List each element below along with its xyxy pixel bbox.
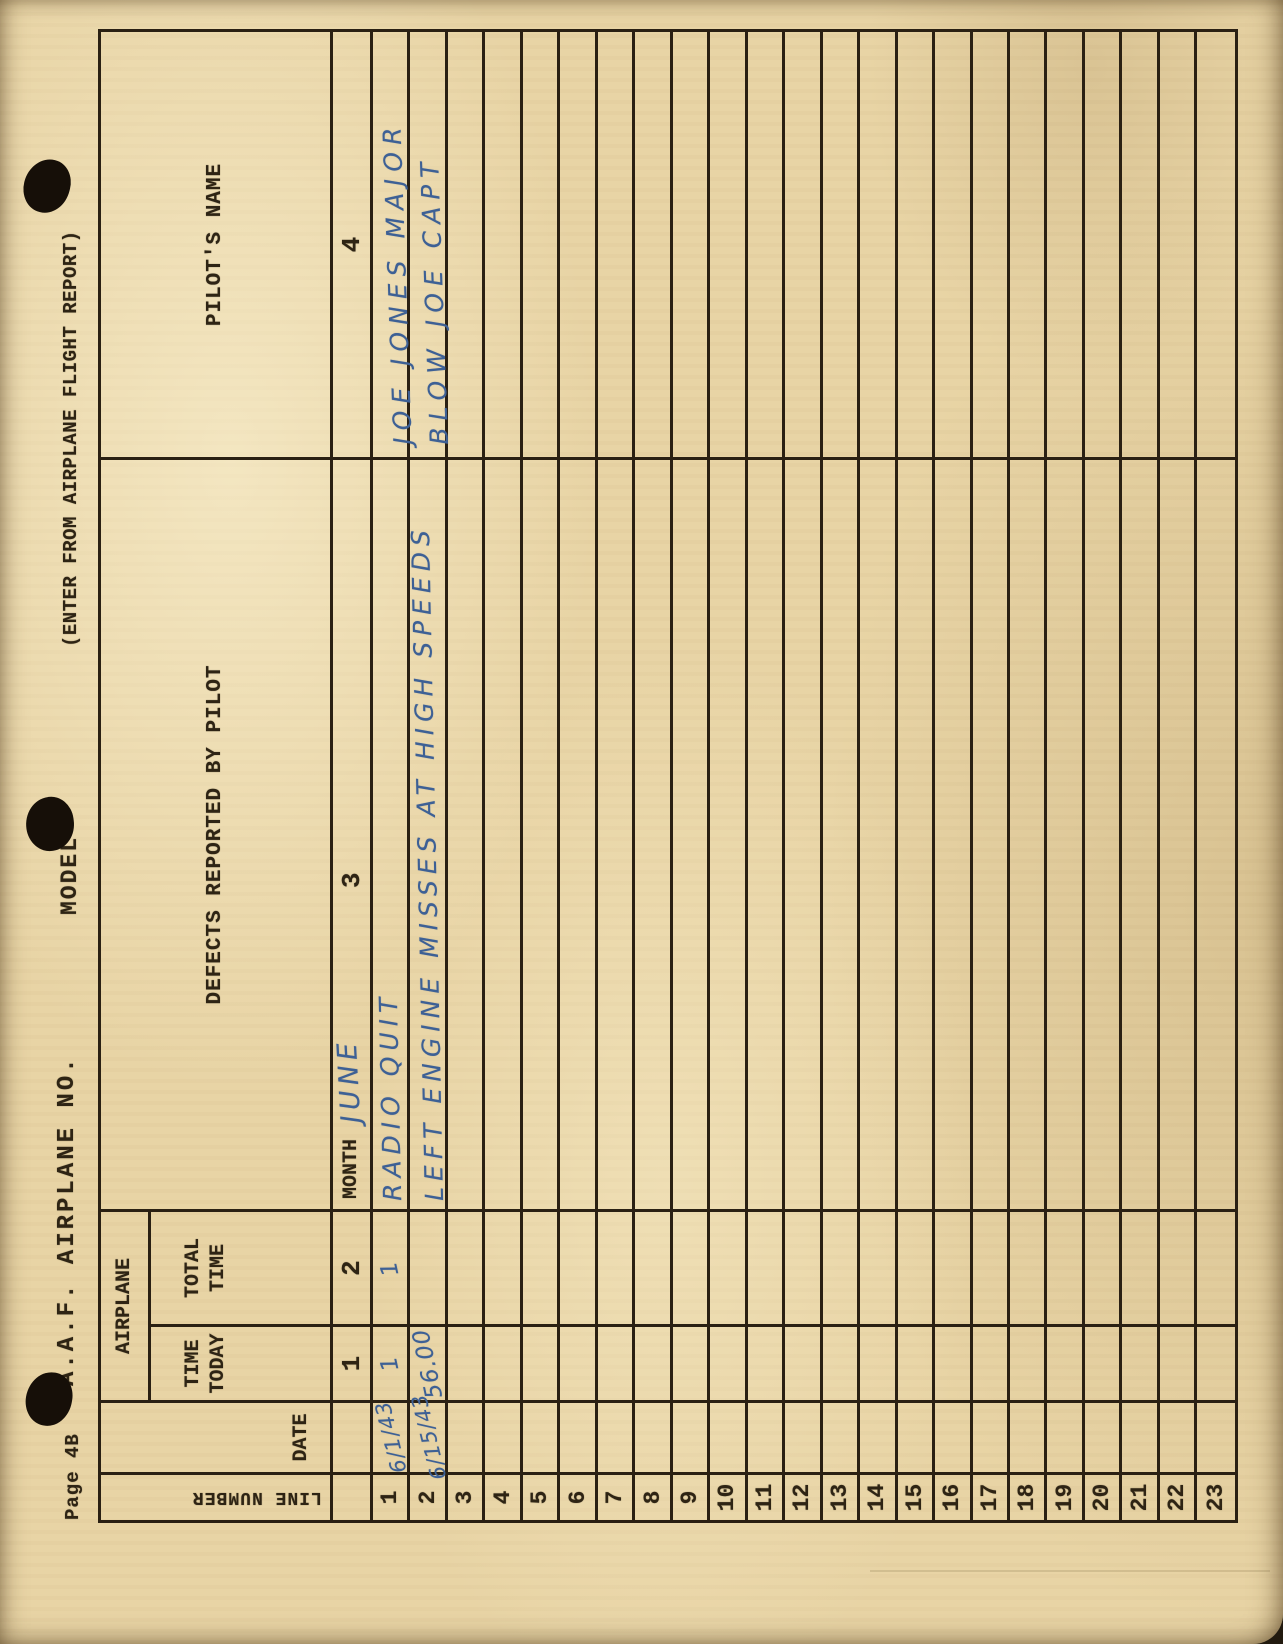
cell-line-number: 5 xyxy=(523,1472,560,1520)
cell-total-time xyxy=(748,1209,785,1324)
cell-total-time xyxy=(523,1209,560,1324)
column-number-3: 3 xyxy=(337,872,367,888)
aaf-form-41b: Page 4B A.A.F. AIRPLANE NO. MODEL (ENTER… xyxy=(0,0,1283,1644)
cell-date xyxy=(1122,1400,1159,1472)
cell-line-number: 15 xyxy=(898,1472,935,1520)
airplane-group-label-cell: AIRPLANE xyxy=(101,1212,151,1400)
cell-pilot xyxy=(973,32,1010,457)
cell-line-number: 3 xyxy=(448,1472,485,1520)
cell-pilot xyxy=(485,32,522,457)
cell-date xyxy=(1085,1400,1122,1472)
cell-total-time: 1 xyxy=(373,1209,410,1324)
cell-time-today xyxy=(973,1324,1010,1400)
cell-pilot xyxy=(635,32,672,457)
cell-date xyxy=(1047,1400,1084,1472)
cell-line-number-value: 12 xyxy=(789,1484,815,1512)
cell-defects-value: LEFT ENGINE MISSES AT HIGH SPEEDS xyxy=(406,524,449,1201)
cell-line-number-value: 21 xyxy=(1127,1484,1153,1512)
cell-line-number-value: 6 xyxy=(565,1491,591,1505)
cell-defects xyxy=(823,457,860,1209)
column-number-2: 2 xyxy=(337,1260,367,1276)
cell-pilot: JOE JONES MAJOR xyxy=(373,32,410,457)
cell-total-time xyxy=(560,1209,597,1324)
cell-pilot xyxy=(673,32,710,457)
cell-line-number-value: 22 xyxy=(1164,1484,1190,1512)
airplane-group-label: AIRPLANE xyxy=(112,1258,137,1354)
cell-date xyxy=(1197,1400,1234,1472)
cell-defects xyxy=(523,457,560,1209)
cell-defects-value: RADIO QUIT xyxy=(374,991,407,1201)
cell-date: 6/1/43 xyxy=(373,1400,410,1472)
cell-date xyxy=(673,1400,710,1472)
cell-total-time xyxy=(673,1209,710,1324)
cell-total-time xyxy=(1010,1209,1047,1324)
cell-line-number: 18 xyxy=(1010,1472,1047,1520)
cell-date xyxy=(635,1400,672,1472)
cell-line-number: 23 xyxy=(1197,1472,1234,1520)
cell-time-today: 1 xyxy=(373,1324,410,1400)
cell-total-time xyxy=(598,1209,635,1324)
cell-line-number: 11 xyxy=(748,1472,785,1520)
cell-defects xyxy=(448,457,485,1209)
cell-pilot xyxy=(748,32,785,457)
cell-defects xyxy=(1010,457,1047,1209)
cell-defects: LEFT ENGINE MISSES AT HIGH SPEEDS xyxy=(410,457,447,1209)
cell-date xyxy=(935,1400,972,1472)
cell-pilot: BLOW JOE CAPT xyxy=(410,32,447,457)
cell-date xyxy=(598,1400,635,1472)
cell-line-number-value: 23 xyxy=(1203,1484,1229,1512)
cell-date xyxy=(860,1400,897,1472)
cell-time-today xyxy=(1085,1324,1122,1400)
cell-time-today xyxy=(1047,1324,1084,1400)
cell-defects xyxy=(1160,457,1197,1209)
cell-total-time xyxy=(1197,1209,1234,1324)
cell-date-value: 6/15/43 xyxy=(406,1392,451,1483)
cell-line-number-value: 2 xyxy=(415,1491,441,1505)
header-cell-line-number: LINE NUMBER xyxy=(101,1472,333,1520)
cell-date-value: 6/1/43 xyxy=(371,1399,412,1476)
cell-defects xyxy=(710,457,747,1209)
cell-pilot xyxy=(1047,32,1084,457)
column-number-4: 4 xyxy=(337,237,367,253)
cell-pilot xyxy=(823,32,860,457)
scanned-flight-report-page: Page 4B A.A.F. AIRPLANE NO. MODEL (ENTER… xyxy=(0,0,1283,1644)
line-number-header-label: LINE NUMBER xyxy=(192,1488,322,1508)
cell-time-today xyxy=(860,1324,897,1400)
cell-defects xyxy=(973,457,1010,1209)
cell-pilot xyxy=(1010,32,1047,457)
cell-defects xyxy=(635,457,672,1209)
cell-pilot xyxy=(448,32,485,457)
hole-punch xyxy=(18,154,76,218)
airplane-subcolumns: TIME TODAY TOTAL TIME xyxy=(151,1212,330,1400)
cell-line-number: 7 xyxy=(598,1472,635,1520)
cell-pilot xyxy=(1160,32,1197,457)
cell-pilot xyxy=(1122,32,1159,457)
cell-time-today xyxy=(1122,1324,1159,1400)
cell-line-number: 16 xyxy=(935,1472,972,1520)
cell-date xyxy=(1010,1400,1047,1472)
cell-time-today xyxy=(898,1324,935,1400)
cell-line-number: 6 xyxy=(560,1472,597,1520)
cell-defects xyxy=(748,457,785,1209)
time-today-header-label: TIME TODAY xyxy=(182,1334,230,1394)
cell-defects xyxy=(1197,457,1234,1209)
cell-line-number-value: 1 xyxy=(377,1491,403,1505)
cell-total-time xyxy=(1085,1209,1122,1324)
cell-total-time xyxy=(635,1209,672,1324)
defects-header-label: DEFECTS REPORTED BY PILOT xyxy=(204,664,227,1004)
header-cell-pilot-name: PILOT'S NAME xyxy=(101,32,333,457)
header-cell-time-today: TIME TODAY xyxy=(151,1324,330,1400)
cell-pilot xyxy=(710,32,747,457)
cell-date xyxy=(898,1400,935,1472)
cell-total-time xyxy=(710,1209,747,1324)
cell-time-today xyxy=(935,1324,972,1400)
cell-line-number: 9 xyxy=(673,1472,710,1520)
number-row-cell-line xyxy=(333,1472,373,1520)
header-cell-airplane-group: AIRPLANE TIME TODAY TOTAL TIME xyxy=(101,1209,333,1400)
cell-pilot xyxy=(560,32,597,457)
cell-line-number-value: 15 xyxy=(902,1484,928,1512)
cell-line-number: 14 xyxy=(860,1472,897,1520)
cell-pilot xyxy=(598,32,635,457)
cell-time-today xyxy=(748,1324,785,1400)
cell-line-number: 17 xyxy=(973,1472,1010,1520)
cell-total-time xyxy=(485,1209,522,1324)
header-cell-date: DATE xyxy=(101,1400,333,1472)
cell-total-time xyxy=(898,1209,935,1324)
cell-date xyxy=(560,1400,597,1472)
cell-time-today xyxy=(1160,1324,1197,1400)
cell-time-today xyxy=(523,1324,560,1400)
cell-time-today xyxy=(823,1324,860,1400)
cell-line-number-value: 18 xyxy=(1014,1484,1040,1512)
cell-line-number: 1 xyxy=(373,1472,410,1520)
cell-defects xyxy=(860,457,897,1209)
cell-total-time xyxy=(1122,1209,1159,1324)
cell-pilot xyxy=(898,32,935,457)
cell-defects xyxy=(598,457,635,1209)
cell-total-time xyxy=(1047,1209,1084,1324)
cell-total-time xyxy=(935,1209,972,1324)
month-label: MONTH xyxy=(340,1139,363,1199)
flight-report-note: (ENTER FROM AIRPLANE FLIGHT REPORT) xyxy=(60,230,82,647)
cell-line-number-value: 14 xyxy=(864,1484,890,1512)
cell-line-number-value: 13 xyxy=(827,1484,853,1512)
cell-date xyxy=(823,1400,860,1472)
cell-time-today xyxy=(560,1324,597,1400)
cell-date xyxy=(448,1400,485,1472)
cell-defects xyxy=(1047,457,1084,1209)
column-number-pilot: 4 xyxy=(333,32,373,457)
cell-date xyxy=(785,1400,822,1472)
cell-time-today xyxy=(673,1324,710,1400)
page-number-label: Page 4B xyxy=(62,1433,84,1520)
cell-pilot xyxy=(523,32,560,457)
cell-line-number-value: 11 xyxy=(752,1484,778,1512)
date-header-label: DATE xyxy=(289,1414,314,1462)
cell-defects xyxy=(785,457,822,1209)
cell-line-number: 4 xyxy=(485,1472,522,1520)
total-time-header-label: TOTAL TIME xyxy=(182,1238,230,1298)
cell-line-number: 10 xyxy=(710,1472,747,1520)
cell-line-number: 21 xyxy=(1122,1472,1159,1520)
cell-date xyxy=(485,1400,522,1472)
cell-total-time-value: 1 xyxy=(376,1258,405,1279)
column-number-time-today: 1 xyxy=(333,1324,373,1400)
cell-date xyxy=(973,1400,1010,1472)
cell-time-today xyxy=(785,1324,822,1400)
airplane-no-label: A.A.F. AIRPLANE NO. xyxy=(54,1055,81,1386)
header-cell-defects: DEFECTS REPORTED BY PILOT xyxy=(101,457,333,1209)
cell-total-time xyxy=(823,1209,860,1324)
cell-line-number-value: 17 xyxy=(977,1484,1003,1512)
cell-time-today-value: 1 xyxy=(376,1353,405,1374)
cell-line-number-value: 20 xyxy=(1089,1484,1115,1512)
cell-time-today xyxy=(598,1324,635,1400)
cell-defects xyxy=(673,457,710,1209)
cell-line-number-value: 8 xyxy=(640,1491,666,1505)
column-number-1: 1 xyxy=(337,1356,367,1372)
cell-total-time xyxy=(785,1209,822,1324)
cell-time-today: 56.00 xyxy=(410,1324,447,1400)
cell-defects xyxy=(898,457,935,1209)
cell-time-today xyxy=(710,1324,747,1400)
cell-line-number-value: 16 xyxy=(939,1484,965,1512)
cell-line-number-value: 19 xyxy=(1052,1484,1078,1512)
cell-line-number-value: 7 xyxy=(602,1491,628,1505)
cell-line-number: 20 xyxy=(1085,1472,1122,1520)
cell-time-today xyxy=(635,1324,672,1400)
pilot-name-header-label: PILOT'S NAME xyxy=(204,163,227,326)
cell-total-time xyxy=(860,1209,897,1324)
cell-line-number-value: 4 xyxy=(490,1491,516,1505)
cell-time-today-value: 56.00 xyxy=(408,1326,448,1401)
number-row-cell-date xyxy=(333,1400,373,1472)
cell-pilot xyxy=(860,32,897,457)
cell-date: 6/15/43 xyxy=(410,1400,447,1472)
month-value-handwritten: JUNE xyxy=(332,1037,367,1123)
cell-time-today xyxy=(448,1324,485,1400)
cell-line-number-value: 3 xyxy=(452,1491,478,1505)
cell-total-time xyxy=(410,1209,447,1324)
cell-line-number: 12 xyxy=(785,1472,822,1520)
cell-total-time xyxy=(448,1209,485,1324)
cell-total-time xyxy=(973,1209,1010,1324)
cell-pilot xyxy=(785,32,822,457)
cell-time-today xyxy=(1197,1324,1234,1400)
column-number-total-time: 2 xyxy=(333,1209,373,1324)
cell-defects xyxy=(1122,457,1159,1209)
cell-time-today xyxy=(1010,1324,1047,1400)
cell-defects xyxy=(485,457,522,1209)
cell-date xyxy=(1160,1400,1197,1472)
cell-total-time xyxy=(1160,1209,1197,1324)
cell-defects xyxy=(935,457,972,1209)
header-cell-total-time: TOTAL TIME xyxy=(151,1212,330,1324)
cell-line-number: 8 xyxy=(635,1472,672,1520)
cell-date xyxy=(710,1400,747,1472)
cell-line-number: 13 xyxy=(823,1472,860,1520)
cell-line-number-value: 5 xyxy=(527,1491,553,1505)
cell-defects xyxy=(560,457,597,1209)
cell-defects xyxy=(1085,457,1122,1209)
cell-date xyxy=(748,1400,785,1472)
cell-pilot xyxy=(935,32,972,457)
cell-defects: RADIO QUIT xyxy=(373,457,410,1209)
cell-pilot xyxy=(1197,32,1234,457)
month-row-cell: MONTH JUNE 3 xyxy=(333,457,373,1209)
bleed-through-mark xyxy=(870,1570,1270,1572)
cell-line-number-value: 10 xyxy=(714,1484,740,1512)
cell-line-number-value: 9 xyxy=(677,1491,703,1505)
cell-line-number: 22 xyxy=(1160,1472,1197,1520)
flight-log-table: LINE NUMBER DATE AIRPLANE TIME TODAY TOT… xyxy=(98,29,1238,1523)
cell-date xyxy=(523,1400,560,1472)
cell-time-today xyxy=(485,1324,522,1400)
cell-line-number: 19 xyxy=(1047,1472,1084,1520)
cell-pilot xyxy=(1085,32,1122,457)
